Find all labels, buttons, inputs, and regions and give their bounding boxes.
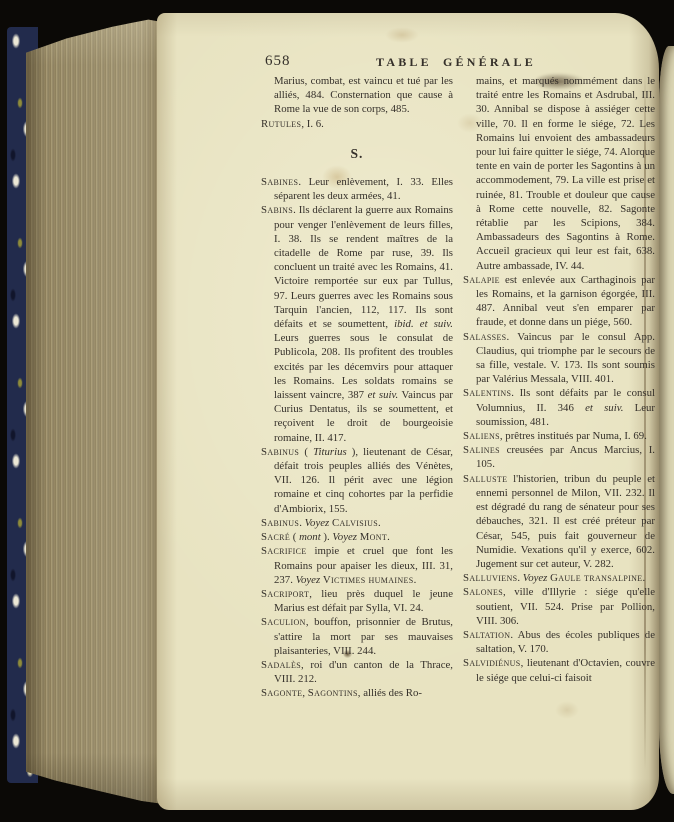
index-entry: Sabines. Leur enlèvement, I. 33. Elles s… [261, 175, 453, 203]
entry-continuation: Marius, combat, est vaincu et tué par le… [261, 74, 453, 117]
index-entry: Sacré ( mont ). Voyez Mont. [261, 530, 453, 544]
index-entry: Sabinus ( Titurius ), lieutenant de Césa… [261, 445, 453, 516]
index-entry: Saltation. Abus des écoles publiques de … [463, 628, 655, 656]
foxing-stain [385, 27, 419, 43]
index-entry: Salentins. Ils sont défaits par le consu… [463, 386, 655, 429]
entry-continuation: mains, et marqués nommément dans le trai… [463, 74, 655, 273]
index-entry: Sagonte, Sagontins, alliés des Ro- [261, 686, 453, 700]
index-entry: Sadalès, roi d'un canton de la Thrace, V… [261, 658, 453, 686]
index-entry: Salines creusées par Ancus Marcius, I. 1… [463, 443, 655, 471]
page-block-fore-edge [26, 18, 170, 808]
index-entry: Salluste l'historien, tribun du peuple e… [463, 472, 655, 571]
facing-page-sliver [659, 46, 674, 794]
index-entry: Rutules, I. 6. [261, 117, 453, 131]
index-entry: Salones, ville d'Illyrie : siége qu'elle… [463, 585, 655, 628]
index-entry: Saliens, prêtres institués par Numa, I. … [463, 429, 655, 443]
running-title: TABLE GÉNÉRALE [305, 55, 607, 70]
index-entry: Salapie est enlevée aux Carthaginois par… [463, 273, 655, 330]
index-columns: Marius, combat, est vaincu et tué par le… [261, 74, 655, 701]
index-entry: Saculion, bouffon, prisonnier de Brutus,… [261, 615, 453, 658]
index-entry: Salvidiénus, lieutenant d'Octavien, couv… [463, 656, 655, 684]
text-column-right: mains, et marqués nommément dans le trai… [463, 74, 655, 685]
section-letter: S. [261, 147, 453, 161]
text-column-left: Marius, combat, est vaincu et tué par le… [261, 74, 453, 701]
index-entry: Sacrifice impie et cruel que font les Ro… [261, 544, 453, 587]
index-entry: Sacriport, lieu près duquel le jeune Mar… [261, 587, 453, 615]
page-number: 658 [265, 53, 291, 70]
index-entry: Salluviens. Voyez Gaule transalpine. [463, 571, 655, 585]
scanned-book-photo: 658 TABLE GÉNÉRALE Marius, combat, est v… [0, 0, 674, 822]
index-entry: Sabins. Ils déclarent la guerre aux Roma… [261, 203, 453, 444]
index-entry: Salasses. Vaincus par le consul App. Cla… [463, 330, 655, 387]
foxing-stain [555, 701, 579, 719]
book-page: 658 TABLE GÉNÉRALE Marius, combat, est v… [157, 13, 659, 810]
index-entry: Sabinus. Voyez Calvisius. [261, 516, 453, 530]
